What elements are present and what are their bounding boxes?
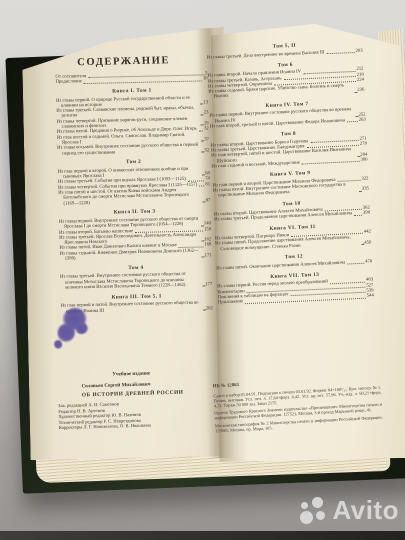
toc-entry-page: 13 — [203, 100, 208, 105]
dot-leader — [199, 185, 204, 186]
toc-entry-title: Из главы третьей. Внутреннее состояние р… — [60, 272, 200, 291]
dot-leader — [201, 225, 203, 226]
toc-front-items: От составителя 5 Предисловие 10 — [55, 71, 207, 85]
toc-entry-title: Из главы седьмой. Княжение Дмитрия Иоанн… — [60, 248, 200, 262]
toc-entry-page: 335 — [362, 187, 369, 193]
toc-entries: Из глав первой и второй. О княжеских отн… — [58, 166, 211, 207]
toc-entry-page: 202 — [206, 306, 213, 311]
toc-section: Книга VI. Том 11 Из главы четвертой. Пат… — [215, 221, 372, 252]
toc-entry-page: 263 — [359, 117, 366, 123]
dot-leader — [354, 92, 356, 93]
toc-entry: Из главы восьмой. Внутреннее состояние р… — [57, 143, 209, 157]
toc-entries: Из главы первой. Внутреннее состояние ру… — [59, 216, 212, 262]
colophon-lines: Сдано в набор 01.04.91. Подписано к печа… — [213, 384, 383, 433]
toc-section: Книга I. Том 1 Из главы первой. О природ… — [56, 86, 209, 156]
toc-section: Том 10 Из главы второй. Царствование Але… — [213, 197, 370, 223]
dot-leader — [327, 52, 355, 54]
dot-leader — [202, 175, 204, 176]
dot-leader — [200, 104, 202, 105]
toc-entry-page: 168 — [204, 243, 211, 248]
toc-entry: Из глав пятой и шестой. От взятия Киева … — [58, 187, 210, 206]
toc-entries: Из главы третьей. Внутреннее состояние р… — [60, 272, 212, 291]
toc-entry-title: Из главы восьмой. Внутреннее состояние р… — [57, 143, 200, 157]
toc-right-sections: Том 5, II Из главы третьей. Дела внутрен… — [206, 40, 374, 306]
book-title: ОБ ИСТОРИИ ДРЕВНЕЙ РОССИИ — [82, 388, 206, 397]
dot-leader — [202, 151, 204, 152]
toc-entry-page: 544 — [367, 294, 374, 300]
toc-entry-page: 398 — [363, 211, 370, 217]
dot-leader — [356, 116, 358, 117]
dot-leader — [201, 241, 203, 242]
toc-section: Том 6 Из главы второй. Начало правления … — [207, 58, 364, 100]
dot-leader — [361, 244, 363, 245]
toc-entry-page: 52 — [205, 148, 210, 153]
toc-entries: Из главы второй. Царствование Бориса Год… — [211, 136, 368, 170]
toc-entry-page: 158 — [204, 227, 211, 232]
toc-entry-page: 236 — [357, 88, 364, 94]
toc-section: Книга IV. Том 7 Из главы первой. Внутрен… — [209, 98, 366, 129]
toc-entries: Из главы второй. Начало правления Иоанна… — [208, 67, 365, 101]
toc-entry-page: 224 — [357, 77, 364, 83]
toc-section: Книга V. Том 9 Из глав первой и второй. … — [212, 168, 369, 199]
dot-leader — [203, 309, 205, 310]
staff-credits: Зав. редакцией А. И. Самсонов Редактор Н… — [58, 399, 207, 431]
toc-entry-page: 300 — [360, 157, 367, 163]
table-edge — [0, 531, 405, 540]
toc-entry-page: 450 — [364, 240, 371, 246]
dot-leader — [359, 190, 361, 191]
dot-leader — [354, 214, 362, 215]
toc-entries: Из главы первой. О природе Русской госуд… — [56, 95, 209, 157]
toc-entry: Из главы седьмой. Княжение Дмитрия Иоанн… — [60, 248, 212, 262]
toc-entry-title: Приложение — [218, 299, 243, 305]
toc-right-column: Том 5, II Из главы третьей. Дела внутрен… — [206, 35, 374, 306]
avito-watermark: Avito — [300, 495, 399, 526]
book-photo: СОДЕРЖАНИЕ От составителя 5 Предисловие … — [0, 0, 405, 540]
dot-leader — [201, 141, 203, 142]
toc-left-sections: Книга I. Том 1 Из главы первой. О природ… — [56, 86, 213, 314]
toc-entry-page: 37 — [204, 137, 209, 142]
toc-entry-page: 177 — [205, 282, 212, 287]
toc-entry-page: 278 — [360, 141, 367, 147]
toc-section: Том 2 Из глав первой и второй. О княжеск… — [57, 158, 210, 207]
toc-entry-page: 203 — [356, 48, 363, 54]
avito-logo-icon — [300, 497, 327, 524]
dot-leader — [202, 257, 204, 258]
colophon: ИБ № 12863 Сдано в набор 01.04.91. Подпи… — [213, 376, 383, 436]
toc-entry-page: 442 — [364, 230, 371, 236]
dot-leader — [202, 286, 204, 287]
toc-section: Книга II. Том 3 Из главы первой. Внутрен… — [59, 208, 212, 262]
toc-entry-page: 171 — [205, 253, 212, 258]
dot-leader — [347, 121, 358, 122]
dot-leader — [357, 156, 359, 157]
toc-entry-title: Из глав пятой и шестой. От взятия Киева … — [58, 188, 201, 207]
dot-leader — [347, 263, 364, 265]
toc-entry-page: 87 — [206, 198, 211, 203]
toc-left-column: СОДЕРЖАНИЕ От составителя 5 Предисловие … — [55, 54, 213, 314]
toc-section: Том 5, II Из главы третьей. Дела внутрен… — [206, 40, 362, 61]
toc-section: Том 8 Из главы второй. Царствование Бори… — [210, 128, 367, 170]
toc-section: Том 4 Из главы третьей. Внутреннее состо… — [60, 263, 213, 291]
dot-leader — [203, 201, 205, 202]
toc-entry-page: 322 — [361, 176, 368, 182]
dot-leader — [199, 130, 203, 131]
dot-leader — [201, 114, 203, 115]
dot-leader — [302, 161, 360, 165]
toc-entry-page: 32 — [204, 127, 209, 132]
toc-entry-page: 23 — [204, 111, 209, 116]
dot-leader — [84, 80, 202, 84]
toc-section: Том 12 Из главы пятой. Окончание царство… — [216, 250, 372, 271]
contents-title: СОДЕРЖАНИЕ — [77, 54, 207, 68]
toc-entry-page: 81 — [205, 182, 210, 187]
toc-entry-page: 470 — [365, 259, 372, 265]
toc-entry: Из главы третьей. Внутреннее состояние р… — [60, 272, 212, 291]
dot-leader — [201, 125, 203, 126]
toc-entry-title: Предисловие — [56, 79, 82, 85]
avito-watermark-text: Avito — [332, 495, 399, 526]
edition-imprint: Учебное издание Соловьев Сергей Михайлов… — [57, 370, 207, 431]
